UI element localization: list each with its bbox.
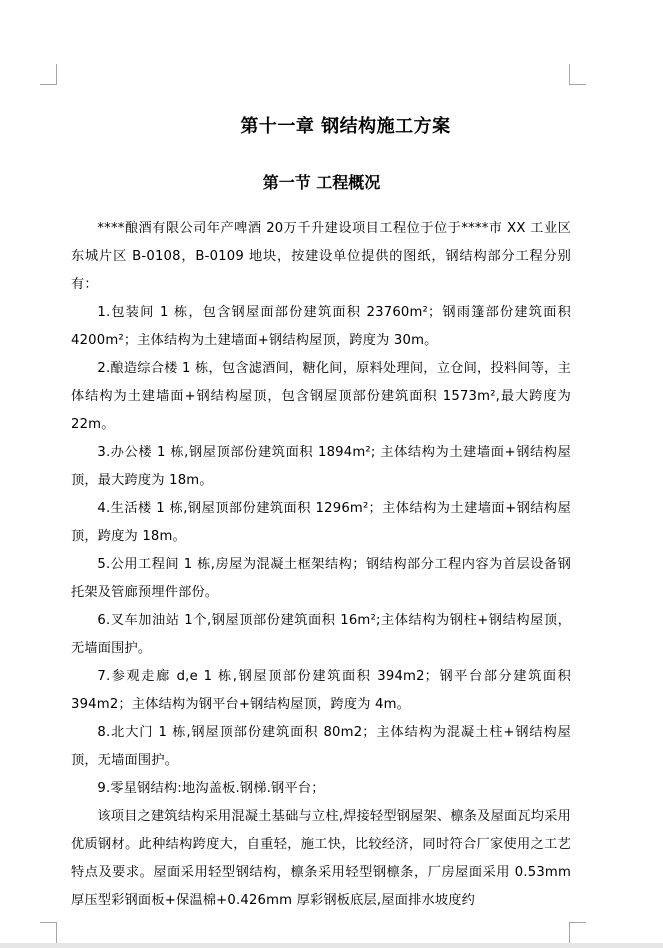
paragraph-item-6[interactable]: 6.叉车加油站 1个,钢屋顶部份建筑面积 16m²;主体结构为钢柱+钢结构屋顶，… — [71, 607, 571, 663]
section-title: 第一节 工程概况 — [0, 170, 663, 193]
margin-corner-mark-top-left — [40, 64, 57, 85]
body-text[interactable]: ****酿酒有限公司年产啤酒 20万千升建设项目工程位于位于****市 XX 工… — [71, 215, 571, 915]
paragraph-item-2[interactable]: 2.酿造综合楼 1 栋，包含滤酒间，糖化间，原料处理间，立仓间，投料间等，主体结… — [71, 355, 571, 439]
page-gap — [0, 943, 663, 948]
chapter-title: 第十一章 钢结构施工方案 — [0, 112, 663, 138]
margin-corner-mark-top-right — [569, 64, 586, 85]
margin-corner-mark-bottom-left — [40, 922, 57, 944]
document-page: 第十一章 钢结构施工方案 第一节 工程概况 ****酿酒有限公司年产啤酒 20万… — [0, 0, 663, 943]
paragraph-item-4[interactable]: 4.生活楼 1 栋,钢屋顶部份建筑面积 1296m²；主体结构为土建墙面+钢结构… — [71, 495, 571, 551]
paragraph-item-3[interactable]: 3.办公楼 1 栋,钢屋顶部份建筑面积 1894m²; 主体结构为土建墙面+钢结… — [71, 439, 571, 495]
paragraph-item-7[interactable]: 7.参观走廊 d,e 1 栋,钢屋顶部份建筑面积 394m2；钢平台部分建筑面积… — [71, 663, 571, 719]
paragraph-item-5[interactable]: 5.公用工程间 1 栋,房屋为混凝土框架结构；钢结构部分工程内容为首层设备钢托架… — [71, 551, 571, 607]
paragraph-structure-description[interactable]: 该项目之建筑结构采用混凝土基础与立柱,焊接轻型钢屋架、檩条及屋面瓦均采用优质钢材… — [71, 803, 571, 915]
paragraph-item-8[interactable]: 8.北大门 1 栋,钢屋顶部份建筑面积 80m2；主体结构为混凝土柱+钢结构屋顶… — [71, 719, 571, 775]
paragraph-item-1[interactable]: 1.包装间 1 栋，包含钢屋面部份建筑面积 23760m²；钢雨篷部份建筑面积 … — [71, 299, 571, 355]
paragraph-item-9[interactable]: 9.零星钢结构:地沟盖板.钢梯.钢平台； — [71, 775, 571, 803]
margin-corner-mark-bottom-right — [569, 922, 586, 944]
paragraph-intro[interactable]: ****酿酒有限公司年产啤酒 20万千升建设项目工程位于位于****市 XX 工… — [71, 215, 571, 299]
